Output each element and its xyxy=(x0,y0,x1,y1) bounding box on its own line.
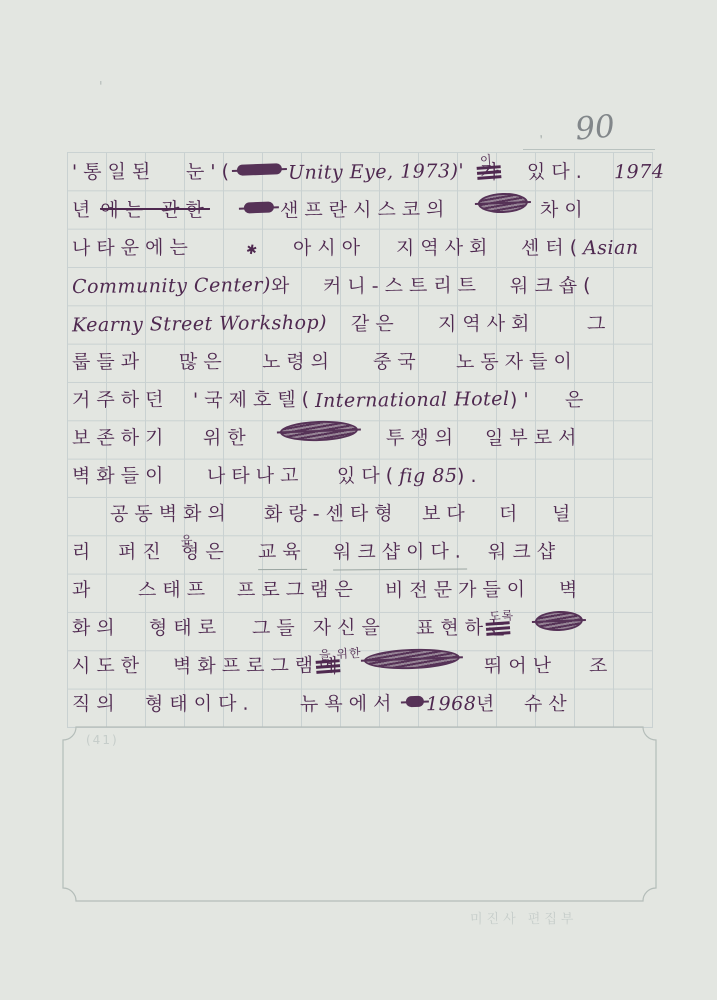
printed-corner-note: (41) xyxy=(86,733,119,747)
bottom-plaque-frame xyxy=(0,0,717,1000)
publisher-imprint: 미진사 편집부 xyxy=(470,908,577,927)
manuscript-page: ' , 90 '통일된눈'(Unity Eye, 1973)'가이있다.1974… xyxy=(0,0,717,1000)
